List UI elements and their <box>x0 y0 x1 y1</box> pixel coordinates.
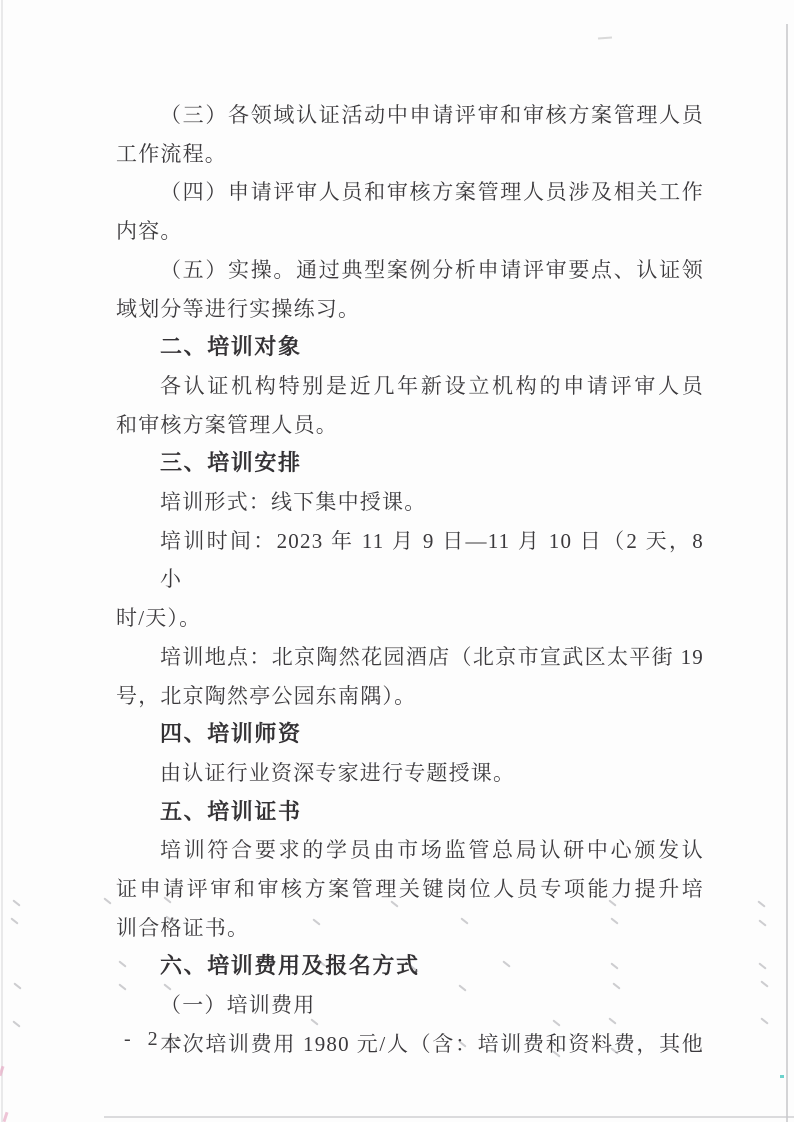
section-heading: 二、培训对象 <box>116 328 704 367</box>
doc-line: 号，北京陶然亭公园东南隅）。 <box>116 677 704 716</box>
scan-tick-mark <box>757 900 765 907</box>
scan-tick-mark <box>13 982 21 989</box>
scan-edge-left <box>1 0 3 1122</box>
doc-line: 由认证行业资深专家进行专题授课。 <box>116 754 704 793</box>
scan-tick-mark <box>10 917 18 924</box>
scan-tick-mark <box>103 897 111 904</box>
doc-line: （四）申请评审人员和审核方案管理人员涉及相关工作 <box>116 173 704 212</box>
scan-tick-mark <box>760 980 768 987</box>
page-number: - 2 - <box>124 1028 187 1051</box>
doc-line: 域划分等进行实操练习。 <box>116 290 704 329</box>
doc-line: 证申请评审和审核方案管理关键岗位人员专项能力提升培 <box>116 870 704 909</box>
scan-tick-mark <box>760 1017 768 1024</box>
doc-line: 时/天）。 <box>116 599 704 638</box>
section-heading: 三、培训安排 <box>116 444 704 483</box>
text-block: （三）各领域认证活动中申请评审和审核方案管理人员工作流程。（四）申请评审人员和审… <box>116 96 704 1064</box>
scan-tick-mark <box>758 962 766 969</box>
scan-cyan-mark <box>780 1075 784 1078</box>
doc-line: 和审核方案管理人员。 <box>116 406 704 445</box>
scan-scratch <box>598 37 612 40</box>
scan-tick-mark <box>12 1020 20 1027</box>
doc-line: 培训地点：北京陶然花园酒店（北京市宣武区太平街 19 <box>116 638 704 677</box>
doc-line: 本次培训费用 1980 元/人（含：培训费和资料费，其他 <box>116 1025 704 1064</box>
doc-line: 训合格证书。 <box>116 909 704 948</box>
doc-line: 培训时间：2023 年 11 月 9 日—11 月 10 日（2 天，8 小 <box>116 522 704 599</box>
doc-line: 内容。 <box>116 212 704 251</box>
scan-tick-mark <box>758 919 766 926</box>
scan-tick-mark <box>12 899 20 906</box>
scan-pink-mark <box>3 1112 9 1122</box>
doc-line: （三）各领域认证活动中申请评审和审核方案管理人员 <box>116 96 704 135</box>
doc-line: （一）培训费用 <box>116 986 704 1025</box>
scan-edge-right <box>786 24 788 1122</box>
scan-edge-bottom <box>104 1116 794 1118</box>
section-heading: 四、培训师资 <box>116 715 704 754</box>
doc-line: 各认证机构特别是近几年新设立机构的申请评审人员 <box>116 367 704 406</box>
doc-line: 工作流程。 <box>116 135 704 174</box>
doc-line: 培训符合要求的学员由市场监管总局认研中心颁发认 <box>116 831 704 870</box>
section-heading: 五、培训证书 <box>116 793 704 832</box>
document-page: （三）各领域认证活动中申请评审和审核方案管理人员工作流程。（四）申请评审人员和审… <box>0 0 794 1122</box>
doc-line: 培训形式：线下集中授课。 <box>116 483 704 522</box>
doc-line: （五）实操。通过典型案例分析申请评审要点、认证领 <box>116 251 704 290</box>
